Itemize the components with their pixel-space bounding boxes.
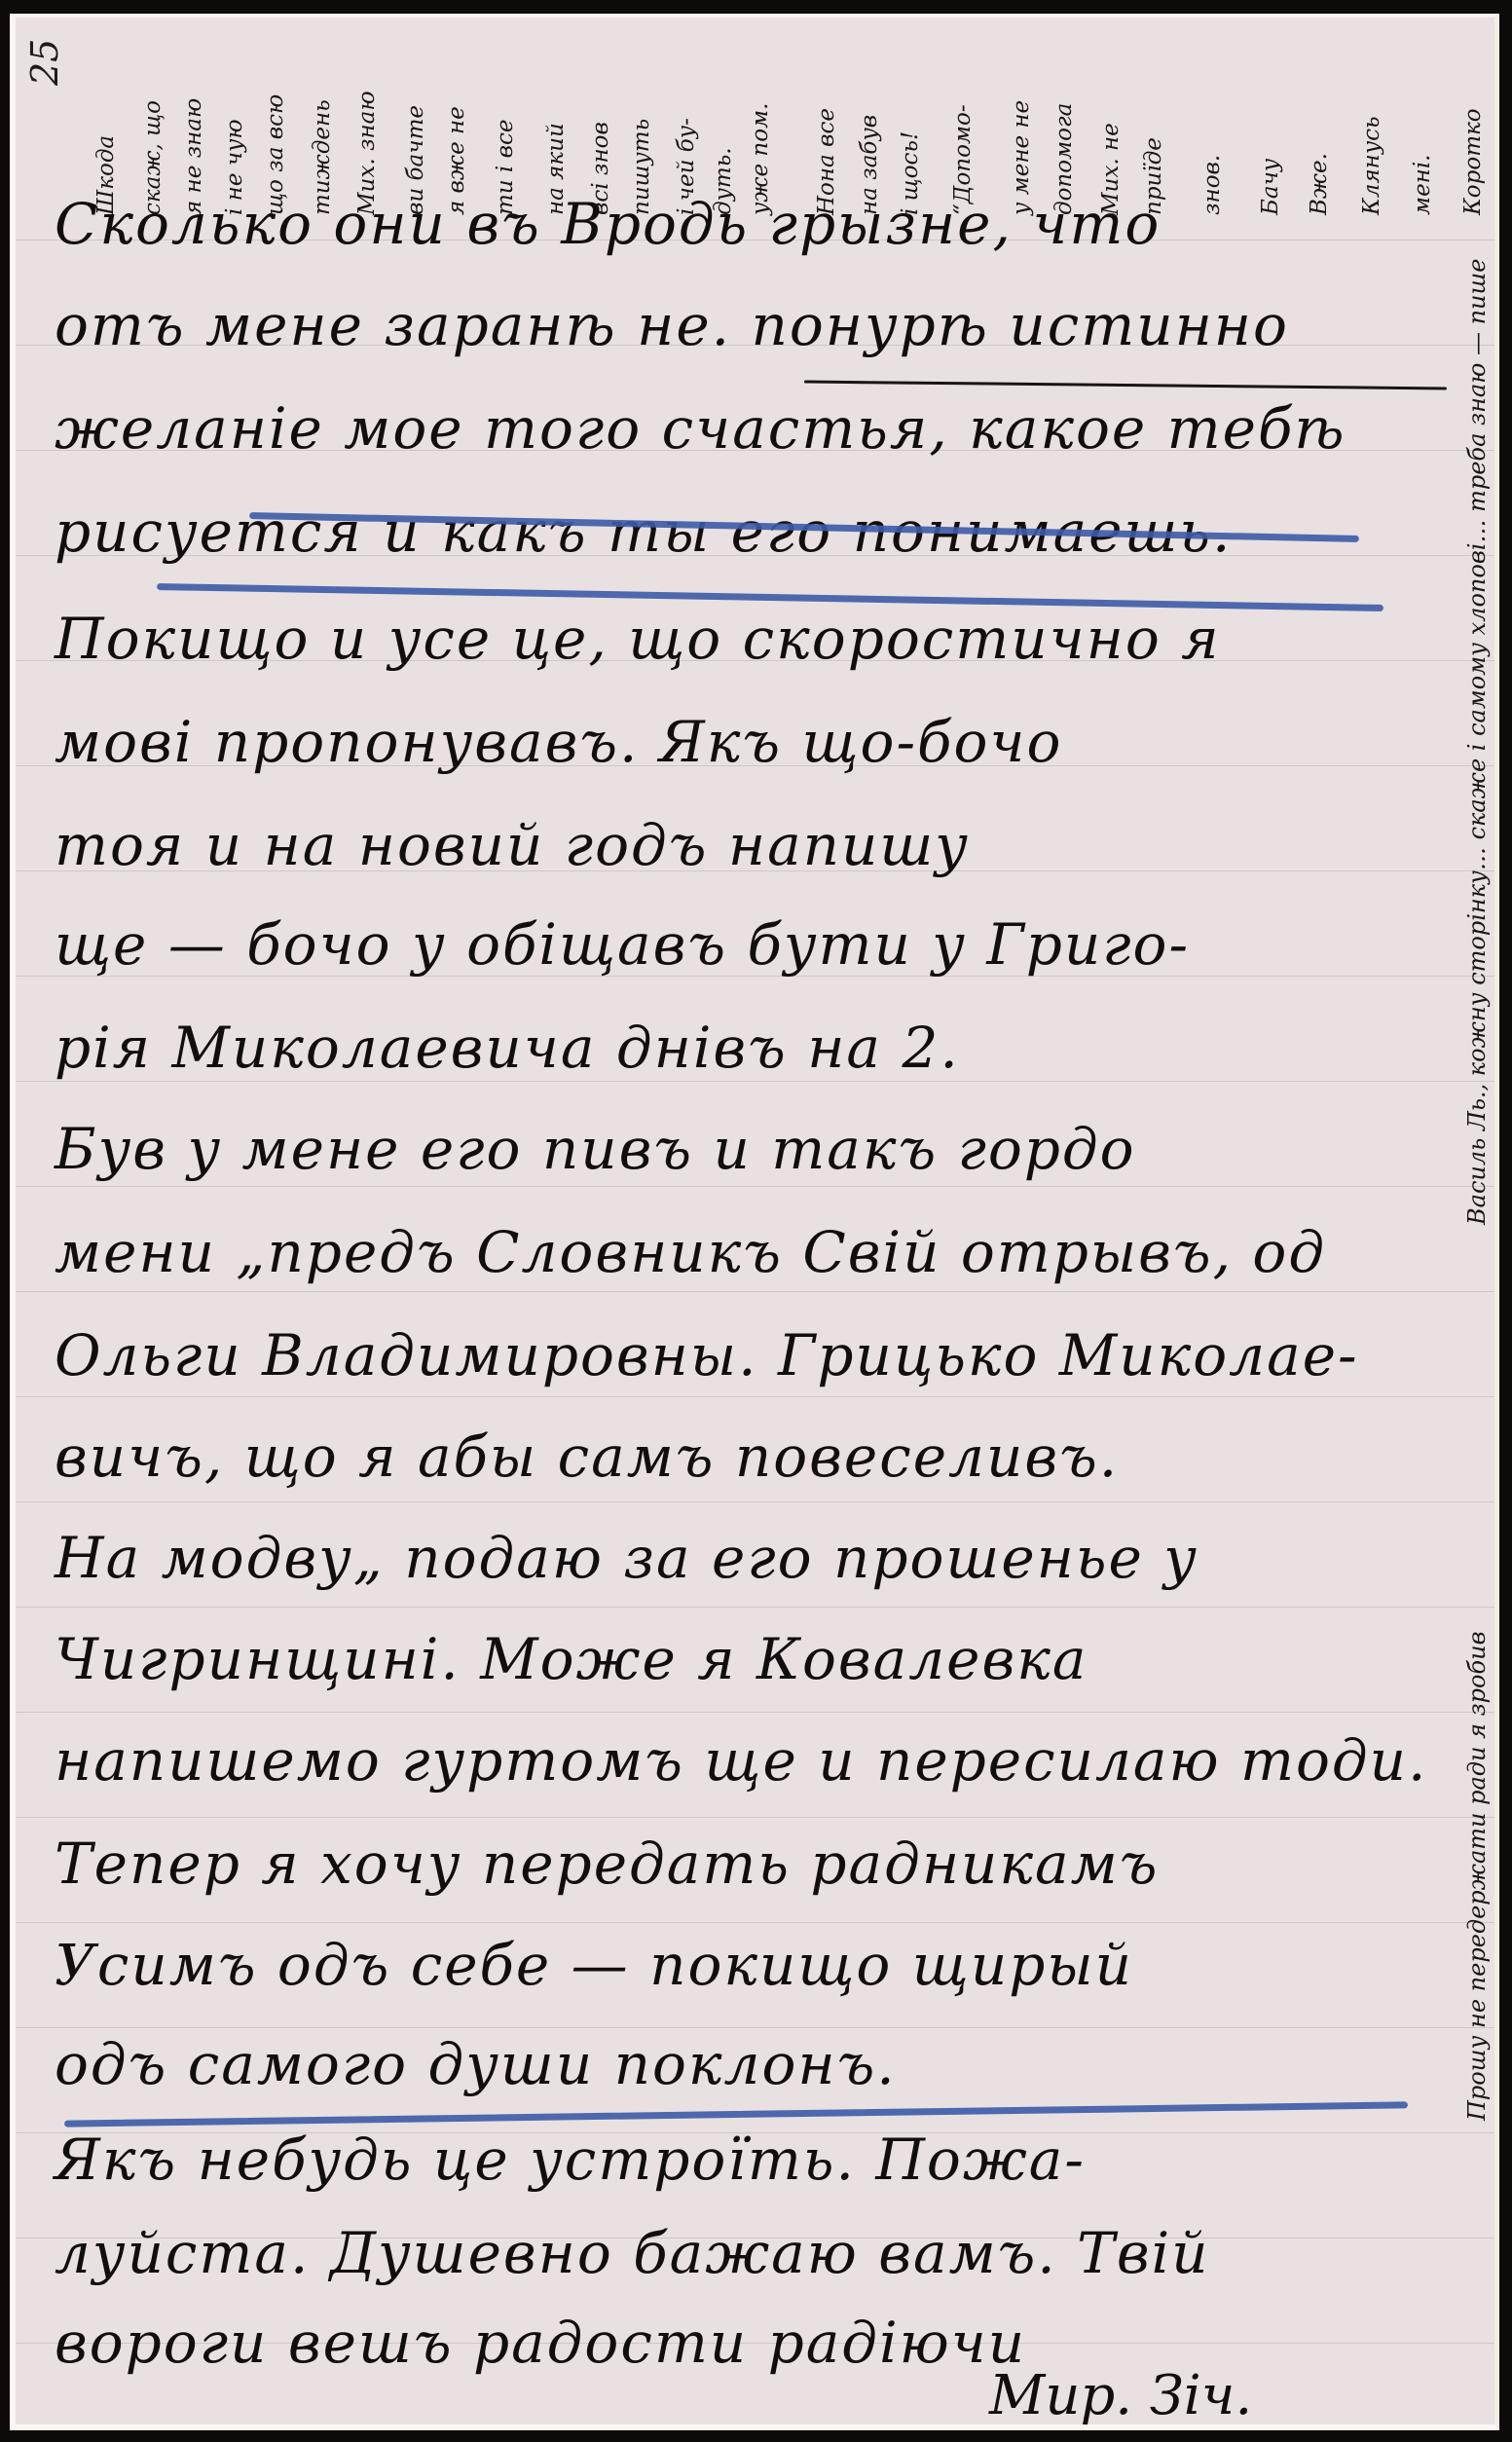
margin-note: я вже не (446, 25, 468, 215)
margin-note: ти і все (495, 25, 517, 215)
body-line: желанiе мое того счастья, какое тебѣ (55, 395, 1346, 462)
margin-note: пишуть (631, 25, 653, 215)
margin-note: приїде (1143, 25, 1165, 215)
body-line: На модву„ подаю за его прошенье у (55, 1525, 1199, 1591)
ruled-line (16, 1501, 1494, 1502)
body-line: вороги вешъ радости радiючи (55, 2310, 1026, 2376)
body-line: Тепер я хочу передать радникамъ (55, 1831, 1159, 1897)
margin-note: тиждень (312, 25, 334, 215)
margin-note: Мих. не (1100, 25, 1123, 215)
body-line: Чигринщинi. Може я Ковалевка (55, 1626, 1088, 1692)
margin-note: Нона все (816, 25, 838, 215)
margin-note: Клянусь (1361, 25, 1383, 215)
signature: Мир. Зіч. (989, 2364, 1252, 2427)
body-line: напишемо гуртомъ ще и пересилаю тоди. (55, 1727, 1427, 1794)
ruled-line (16, 1396, 1494, 1397)
margin-note: у мене не (1011, 25, 1033, 215)
body-line: луйста. Душевно бажаю вамъ. Твiй (55, 2220, 1210, 2286)
right-margin-note: Василь Ль., кожну сторінку… скаже і само… (1463, 56, 1491, 1225)
ruled-line (16, 1922, 1494, 1923)
blue-pencil-underline (64, 2101, 1408, 2127)
ruled-line (16, 1712, 1494, 1713)
margin-note: на забув (859, 25, 881, 215)
body-line: вичъ, що я абы самъ повеселивъ. (55, 1424, 1119, 1490)
body-line: рiя Миколаевича днiвъ на 2. (55, 1015, 960, 1081)
margin-note: на який (545, 25, 568, 215)
margin-note: Бачу (1260, 25, 1282, 215)
margin-note: допомога (1053, 25, 1076, 215)
ruled-line (16, 1186, 1494, 1187)
margin-note: Мих. знаю (356, 25, 379, 215)
margin-note: і чей бу- (676, 25, 698, 215)
margin-note: знов. (1201, 25, 1224, 215)
margin-note: “Допомо- (952, 25, 975, 215)
body-line: тоя и на новий годъ напишу (55, 812, 970, 878)
body-line: Усимъ одъ себе — покищо щирый (55, 1932, 1133, 1998)
body-line: Ольги Владимировны. Грицько Миколае- (55, 1322, 1359, 1388)
right-margin-notes: Василь Ль., кожну сторінку… скаже і само… (1452, 56, 1491, 2160)
ruled-line (16, 1291, 1494, 1292)
ruled-line (16, 2027, 1494, 2028)
body-line: мени „предъ Словникъ Свiй отрывъ, од (55, 1219, 1326, 1285)
body-line: одъ самого души поклонъ. (55, 2031, 897, 2097)
body-line: мовi пропонувавъ. Якъ що-бочо (55, 709, 1062, 775)
ruled-line (16, 1607, 1494, 1608)
margin-note: ви бачте (405, 25, 427, 215)
margin-note: всі знов (590, 25, 612, 215)
margin-note: і щось! (900, 25, 922, 215)
margin-note: я не знаю (183, 25, 205, 215)
body-line: Був у мене его пивъ и такъ гордо (55, 1116, 1136, 1182)
margin-note: Вже. (1309, 25, 1331, 215)
ink-underline (804, 381, 1447, 390)
margin-note: скаж, що (142, 25, 165, 215)
body-line: ще — бочо у обiщавъ бути у Григо- (55, 911, 1190, 978)
margin-note: мені. (1412, 25, 1434, 215)
margin-note: дуть. (713, 25, 735, 215)
margin-note: уже пом. (750, 25, 772, 215)
margin-note: і не чую (224, 25, 246, 215)
ruled-line (16, 1817, 1494, 1818)
right-margin-note-lower: Прошу не передержати ради я зробив (1463, 1244, 1491, 2121)
margin-note: Шкода (95, 25, 118, 215)
body-line: Сколько они въ Вродь грызне, что (55, 191, 1161, 257)
body-line: Якъ небудь це устроїть. Пожа- (55, 2127, 1086, 2193)
margin-note: що за всю (265, 25, 287, 215)
body-line: Покищо и усе це, що скоростично я (55, 606, 1221, 672)
ruled-line (16, 1081, 1494, 1082)
letter-sheet: 25 Шкода скаж, що я не знаю і не чую що … (10, 14, 1499, 2430)
page-number: 25 (23, 39, 66, 86)
body-line: отъ мене заранѣ не. понурѣ истинно (55, 292, 1289, 358)
